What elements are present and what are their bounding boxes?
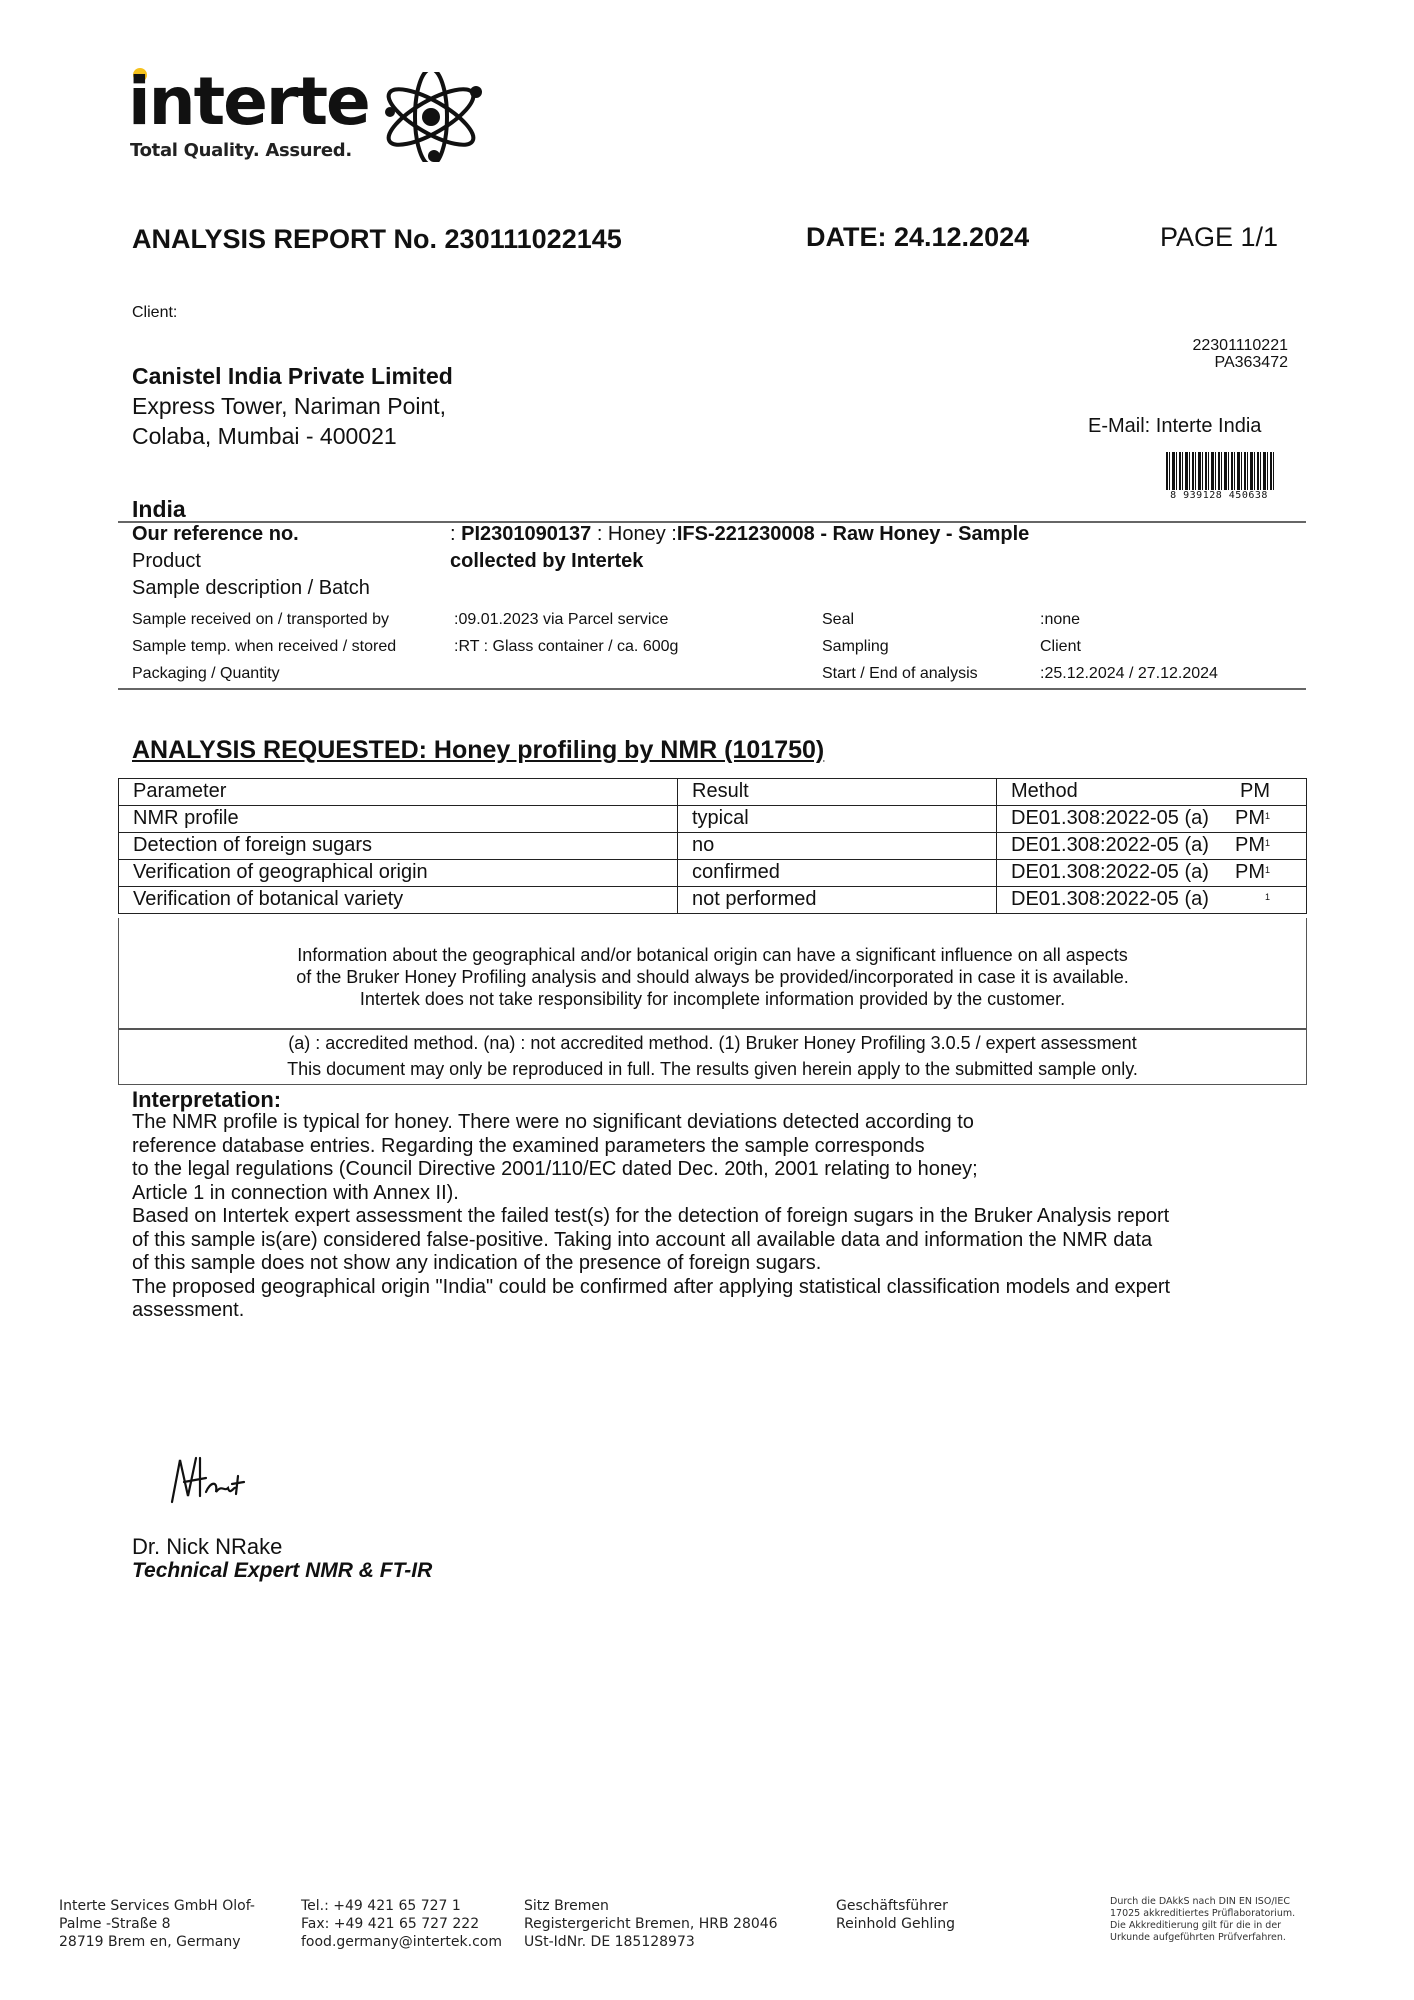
footer-line: 17025 akkreditiertes Prüflaboratorium. — [1110, 1908, 1295, 1920]
footer-line: Die Akkreditierung gilt für die in der — [1110, 1920, 1295, 1932]
intertek-logo: interte Total Quality. Assured. — [128, 62, 468, 172]
interpretation-title: Interpretation: — [132, 1087, 281, 1113]
footer-line: Sitz Bremen — [524, 1897, 778, 1915]
parameter-cell: Verification of botanical variety — [119, 887, 678, 914]
client-name: Canistel India Private Limited — [132, 363, 453, 390]
footer-line: Durch die DAkkS nach DIN EN ISO/IEC — [1110, 1896, 1295, 1908]
result-cell: confirmed — [678, 860, 997, 887]
footer-line: Registergericht Bremen, HRB 28046 — [524, 1915, 778, 1933]
info-label: Sampling — [822, 638, 889, 656]
method-cell: DE01.308:2022-05 (a)PM1 — [997, 860, 1307, 887]
info-label: Sample received on / transported by — [132, 611, 389, 629]
method-cell: DE01.308:2022-05 (a)1 — [997, 887, 1307, 914]
info-label: Sample temp. when received / stored — [132, 638, 396, 656]
report-date: DATE: 24.12.2024 — [806, 222, 1029, 253]
footer-line: 28719 Brem en, Germany — [59, 1933, 255, 1951]
client-address-line1: Express Tower, Nariman Point, — [132, 393, 446, 420]
method-legend: (a) : accredited method. (na) : not accr… — [119, 1033, 1306, 1054]
column-header: MethodPM — [997, 779, 1307, 806]
footer-accreditation: Durch die DAkkS nach DIN EN ISO/IEC17025… — [1110, 1896, 1295, 1944]
footer-contact: Tel.: +49 421 65 727 1Fax: +49 421 65 72… — [301, 1897, 502, 1951]
table-header-row: ParameterResultMethodPM — [119, 779, 1307, 806]
table-row: Verification of botanical varietynot per… — [119, 887, 1307, 914]
info-label: Packaging / Quantity — [132, 665, 280, 683]
info-label: Start / End of analysis — [822, 665, 978, 683]
footer-line: Fax: +49 421 65 727 222 — [301, 1915, 502, 1933]
info-value: :RT : Glass container / ca. 600g — [454, 638, 678, 656]
batch-label: Sample description / Batch — [132, 577, 370, 600]
notice-line: Intertek does not take responsibility fo… — [119, 988, 1306, 1010]
parameter-cell: NMR profile — [119, 806, 678, 833]
notice-box: Information about the geographical and/o… — [118, 918, 1307, 1029]
table-row: NMR profiletypicalDE01.308:2022-05 (a)PM… — [119, 806, 1307, 833]
interpretation-line: reference database entries. Regarding th… — [132, 1135, 1312, 1159]
result-cell: not performed — [678, 887, 997, 914]
footer-line: USt-IdNr. DE 185128973 — [524, 1933, 778, 1951]
product-label: Product — [132, 550, 201, 573]
signatory-name: Dr. Nick NRake — [132, 1534, 282, 1560]
notice-line: of the Bruker Honey Profiling analysis a… — [119, 966, 1306, 988]
footer-line: Urkunde aufgeführten Prüfverfahren. — [1110, 1932, 1295, 1944]
column-header: Parameter — [119, 779, 678, 806]
info-value: Client — [1040, 638, 1081, 656]
info-value: :09.01.2023 via Parcel service — [454, 611, 668, 629]
info-value: :none — [1040, 611, 1080, 629]
barcode-number: 8 939128 450638 — [1158, 490, 1280, 501]
footer-line: Geschäftsführer — [836, 1897, 955, 1915]
report-title: ANALYSIS REPORT No. 230111022145 — [132, 224, 622, 255]
interpretation-line: The proposed geographical origin "India"… — [132, 1276, 1312, 1300]
footer-line: Tel.: +49 421 65 727 1 — [301, 1897, 502, 1915]
footer-line: Reinhold Gehling — [836, 1915, 955, 1933]
footer-line: Interte Services GmbH Olof- — [59, 1897, 255, 1915]
footer-line: food.germany@intertek.com — [301, 1933, 502, 1951]
reference-prefix: : — [450, 523, 461, 545]
interpretation-text: The NMR profile is typical for honey. Th… — [132, 1111, 1312, 1323]
parameter-cell: Verification of geographical origin — [119, 860, 678, 887]
divider — [118, 688, 1306, 690]
info-label: Seal — [822, 611, 854, 629]
reference-value-line: : PI2301090137 : Honey :IFS-221230008 - … — [450, 523, 1029, 546]
barcode: 8 939128 450638 — [1158, 452, 1280, 504]
client-label: Client: — [132, 304, 177, 322]
logo-tagline: Total Quality. Assured. — [130, 140, 352, 161]
reference-label: Our reference no. — [132, 523, 299, 546]
footnote-marker: 1 — [1265, 811, 1270, 821]
interpretation-line: of this sample is(are) considered false-… — [132, 1229, 1312, 1253]
reference-codes: 22301110221 PA363472 — [1192, 337, 1288, 371]
footer-company: Interte Services GmbH Olof-Palme -Straße… — [59, 1897, 255, 1951]
column-header: Result — [678, 779, 997, 806]
reference-code-2: PA363472 — [1192, 354, 1288, 371]
pm-cell: 1 — [1265, 887, 1270, 911]
reference-number: PI2301090137 — [461, 523, 591, 545]
result-cell: no — [678, 833, 997, 860]
interpretation-line: to the legal regulations (Council Direct… — [132, 1158, 1312, 1182]
interpretation-line: Article 1 in connection with Annex II). — [132, 1182, 1312, 1206]
table-row: Verification of geographical originconfi… — [119, 860, 1307, 887]
method-cell: DE01.308:2022-05 (a)PM1 — [997, 833, 1307, 860]
client-address-line2: Colaba, Mumbai - 400021 — [132, 423, 397, 450]
footnote-marker: 1 — [1265, 892, 1270, 902]
footer-management: GeschäftsführerReinhold Gehling — [836, 1897, 955, 1933]
atom-icon — [376, 72, 486, 162]
pm-cell: PM1 — [1235, 860, 1270, 884]
reference-mid: : Honey : — [591, 523, 677, 545]
analysis-title: ANALYSIS REQUESTED: Honey profiling by N… — [132, 736, 824, 765]
product-value: IFS-221230008 - Raw Honey - Sample — [677, 523, 1029, 545]
reference-code-1: 22301110221 — [1192, 337, 1288, 354]
footer-line: Palme -Straße 8 — [59, 1915, 255, 1933]
signatory-title: Technical Expert NMR & FT-IR — [132, 1559, 432, 1583]
footnote-marker: 1 — [1265, 865, 1270, 875]
method-cell: DE01.308:2022-05 (a)PM1 — [997, 806, 1307, 833]
signature-image — [166, 1452, 276, 1512]
result-cell: typical — [678, 806, 997, 833]
client-country: India — [132, 496, 186, 523]
legend-box: (a) : accredited method. (na) : not accr… — [118, 1029, 1307, 1085]
footer-registry: Sitz BremenRegistergericht Bremen, HRB 2… — [524, 1897, 778, 1951]
footnote-marker: 1 — [1265, 838, 1270, 848]
interpretation-line: The NMR profile is typical for honey. Th… — [132, 1111, 1312, 1135]
parameter-cell: Detection of foreign sugars — [119, 833, 678, 860]
pm-cell: PM1 — [1235, 806, 1270, 830]
email-line: E-Mail: Interte India — [1088, 415, 1261, 438]
interpretation-line: assessment. — [132, 1299, 1312, 1323]
notice-line: Information about the geographical and/o… — [119, 944, 1306, 966]
page-indicator: PAGE 1/1 — [1160, 222, 1278, 253]
logo-wordmark: interte — [128, 62, 369, 142]
reproduction-disclaimer: This document may only be reproduced in … — [119, 1059, 1306, 1080]
info-value: :25.12.2024 / 27.12.2024 — [1040, 665, 1218, 683]
table-row: Detection of foreign sugarsnoDE01.308:20… — [119, 833, 1307, 860]
interpretation-line: Based on Intertek expert assessment the … — [132, 1205, 1312, 1229]
pm-cell: PM1 — [1235, 833, 1270, 857]
product-value-line2: collected by Intertek — [450, 550, 643, 573]
interpretation-line: of this sample does not show any indicat… — [132, 1252, 1312, 1276]
notice-text: Information about the geographical and/o… — [119, 944, 1306, 1010]
pm-header: PM — [1240, 779, 1270, 803]
results-table: ParameterResultMethodPMNMR profiletypica… — [118, 778, 1307, 914]
